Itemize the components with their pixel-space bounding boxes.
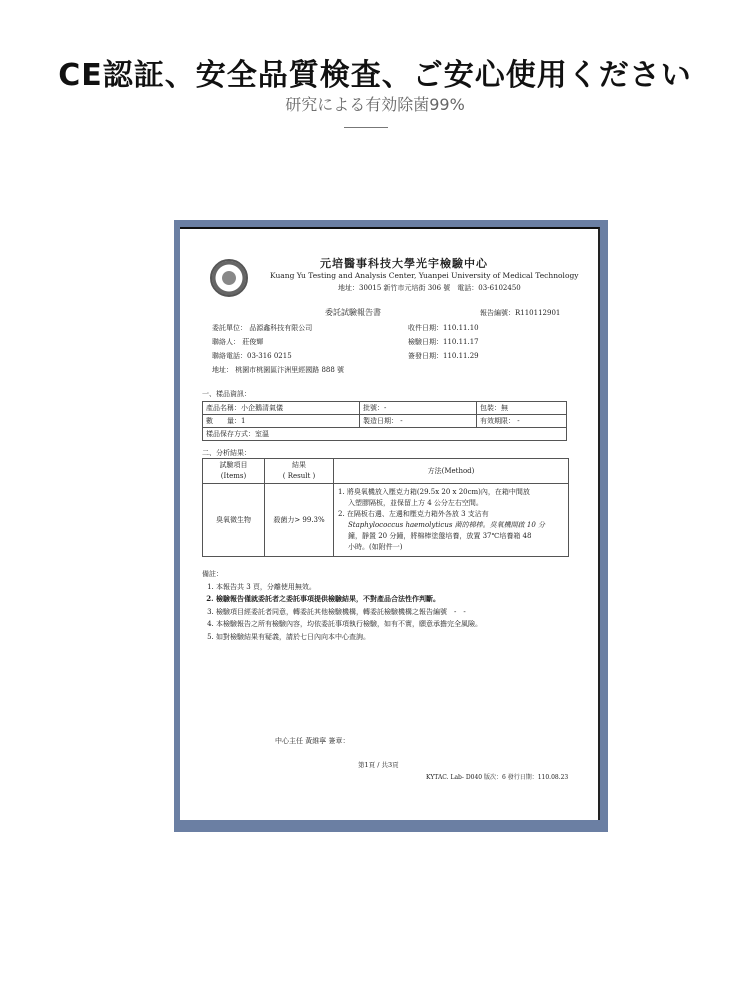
note-item: 檢驗報告僅就委託者之委託事項提供檢驗結果，不對產品合法性作判斷。 — [216, 593, 482, 606]
subheadline: 研究による有効除菌99% — [0, 92, 750, 115]
notes: 備註： 本報告共 3 頁，分離使用無效。 檢驗報告僅就委託者之委託事項提供檢驗結… — [202, 568, 482, 643]
note-item: 本報告共 3 頁，分離使用無效。 — [216, 581, 482, 594]
header-result: 結果 ( Result ) — [265, 459, 334, 484]
org-name-en: Kuang Yu Testing and Analysis Center, Yu… — [270, 271, 579, 280]
test-item: 臭氧微生物 — [203, 484, 265, 557]
note-item: 如對檢驗結果有疑義，請於七日內向本中心查詢。 — [216, 631, 482, 644]
section-sample-info: 一、樣品資訊： — [202, 389, 251, 399]
received-date: 收件日期：110.11.10 — [408, 323, 479, 333]
report-title: 委託試驗報告書 — [325, 307, 381, 318]
note-item: 檢驗項目經委託者同意，轉委託其他檢驗機構，轉委託檢驗機構之報告編號 - - — [216, 606, 482, 619]
header-method: 方法(Method) — [334, 459, 569, 484]
document-footer: KYTAC. Lab- D040 版次：6 發行日期：110.08.23 — [426, 772, 568, 781]
certificate-paper: 元培醫事科技大學光宇檢驗中心 Kuang Yu Testing and Anal… — [180, 227, 600, 820]
test-date: 檢驗日期：110.11.17 — [408, 337, 479, 347]
storage-method: 樣品保存方式：室溫 — [203, 428, 567, 441]
org-name-zh: 元培醫事科技大學光宇檢驗中心 — [320, 255, 488, 271]
signature-line: 中心主任 黃維寧 簽章： — [275, 736, 349, 746]
page-number: 第1頁 / 共3頁 — [358, 760, 399, 769]
manufacture-date: 製造日期： - — [360, 415, 477, 428]
university-seal-icon — [210, 259, 248, 297]
test-method: 1. 將臭氧機放入壓克力箱(29.5x 20 x 20cm)內，在箱中間放 入塑… — [334, 484, 569, 557]
contact-person: 聯絡人： 莊俊輝 — [212, 337, 263, 347]
packaging: 包裝：無 — [477, 402, 567, 415]
quantity: 數 量：1 — [203, 415, 360, 428]
product-name: 產品名稱：小企鵝清氣儀 — [203, 402, 360, 415]
headline: CE認証、安全品質検査、ご安心使用ください — [0, 50, 750, 94]
report-number: 報告編號：R110112901 — [480, 308, 560, 318]
contact-phone: 聯絡電話：03-316 0215 — [212, 351, 292, 361]
section-analysis-results: 二、分析結果： — [202, 448, 251, 458]
batch-no: 批號：- — [360, 402, 477, 415]
certificate-frame: 元培醫事科技大學光宇檢驗中心 Kuang Yu Testing and Anal… — [174, 220, 608, 832]
client-address: 地址： 桃園市桃園區汴洲里經國路 888 號 — [212, 365, 344, 375]
org-address: 地址：30015 新竹市元培街 306 號 電話：03-6102450 — [338, 283, 521, 293]
notes-title: 備註： — [202, 568, 482, 581]
expiry-date: 有效期限： - — [477, 415, 567, 428]
sample-table: 產品名稱：小企鵝清氣儀 批號：- 包裝：無 數 量：1 製造日期： - 有效期限… — [202, 401, 567, 441]
note-item: 本檢驗報告之所有檢驗內容，均依委託事項執行檢驗，如有不實，願意承擔完全風險。 — [216, 618, 482, 631]
header-items: 試驗項目 (Items) — [203, 459, 265, 484]
issue-date: 簽發日期：110.11.29 — [408, 351, 479, 361]
divider — [344, 127, 388, 128]
result-table: 試驗項目 (Items) 結果 ( Result ) 方法(Method) 臭氧… — [202, 458, 569, 557]
client-unit: 委託單位： 品源鑫科技有限公司 — [212, 323, 312, 333]
test-result: 殺菌力> 99.3% — [265, 484, 334, 557]
